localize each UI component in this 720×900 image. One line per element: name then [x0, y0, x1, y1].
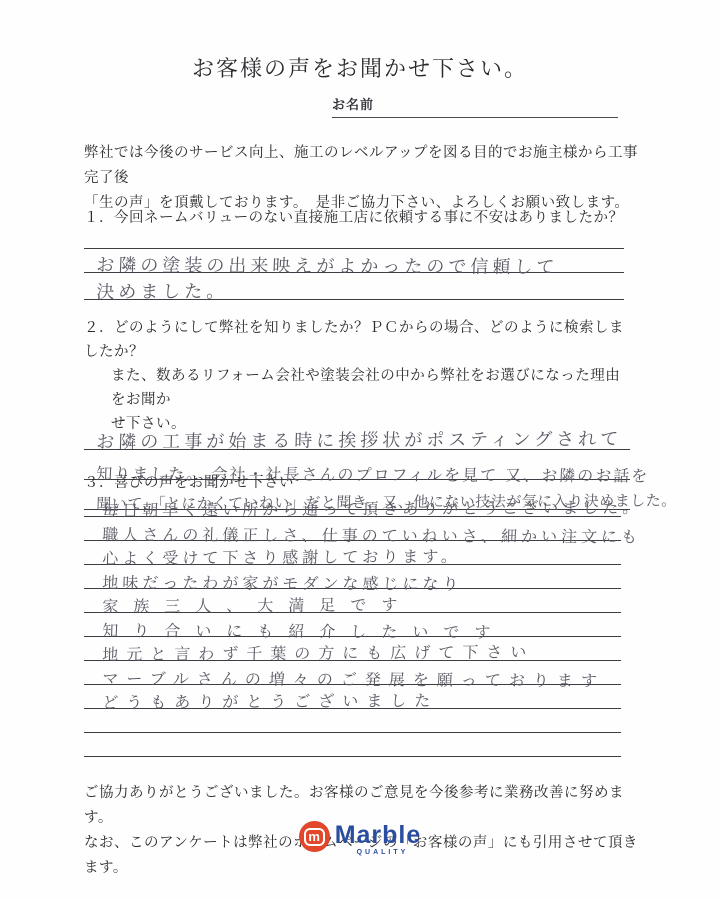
logo-brand-text: Marble [335, 823, 422, 848]
name-field-underline: お名前 [332, 94, 618, 118]
answer-row: 職人さんの礼儀正しさ、仕事のていねいさ、細かい注文にも [84, 517, 621, 541]
questionnaire-scan-page: お客様の声をお聞かせ下さい。 お名前 弊社では今後のサービス向上、施工のレベルア… [0, 0, 720, 900]
question-2-text: ２．どのようにして弊社を知りましたか？ＰＣからの場合、どのように検索しましたか？… [84, 316, 630, 436]
answer-row: 家族三人、大満足です [84, 589, 621, 613]
question-1-section: １．今回ネームバリューのない直接施工店に依頼する事に不安はありましたか？ お隣の… [84, 206, 624, 300]
question-3-section: ３．喜びの声をお聞かせ下さい 毎日朝早く遠い所から通って頂きありがとうございまし… [84, 471, 621, 757]
name-label: お名前 [332, 97, 374, 112]
answer-row: 知り合いにも紹介したいです [84, 613, 621, 637]
answer-row-empty [84, 733, 621, 757]
answer-row: お隣の工事が始まる時に挨拶状がポスティングされて [84, 436, 630, 450]
answer-row: お隣の塗装の出来映えがよかったので信頼して [84, 249, 624, 273]
answer-row: どうもありがとうございました [84, 685, 621, 709]
handwritten-text: お隣の工事が始まる時に挨拶状がポスティングされて [96, 431, 622, 452]
answer-row: 毎日朝早く遠い所から通って頂きありがとうございました。 [84, 495, 621, 517]
question-1-text: １．今回ネームバリューのない直接施工店に依頼する事に不安はありましたか？ [84, 206, 624, 230]
answer-row-empty [84, 709, 621, 733]
answer-row: 地元と言わず千葉の方にも広げて下さい [84, 637, 621, 661]
page-title: お客様の声をお聞かせ下さい。 [0, 52, 720, 83]
logo-text: Marble QUALITY [335, 821, 422, 856]
intro-paragraph: 弊社では今後のサービス向上、施工のレベルアップを図る目的でお施主様から工事完了後… [84, 141, 650, 216]
logo-tagline-text: QUALITY [335, 849, 422, 856]
question-1-answer-area: お隣の塗装の出来映えがよかったので信頼して 決めました。 [84, 248, 624, 300]
intro-line: 弊社では今後のサービス向上、施工のレベルアップを図る目的でお施主様から工事完了後 [84, 141, 650, 191]
handwritten-text: 決めました。 [96, 283, 229, 302]
logo-m-letter: m [304, 828, 325, 846]
answer-row: 心よく受けて下さり感謝しております。 [84, 541, 621, 565]
marble-logo-icon: m [299, 821, 330, 852]
answer-row: 決めました。 [84, 273, 624, 300]
marble-logo: m Marble QUALITY [0, 821, 720, 856]
question-3-answer-area: 毎日朝早く遠い所から通って頂きありがとうございました。 職人さんの礼儀正しさ、仕… [84, 495, 621, 757]
answer-row: 地味だったわが家がモダンな感じになり [84, 565, 621, 589]
answer-row: マーブルさんの増々のご発展を願っております [84, 661, 621, 685]
question-3-text: ３．喜びの声をお聞かせ下さい [84, 471, 621, 495]
